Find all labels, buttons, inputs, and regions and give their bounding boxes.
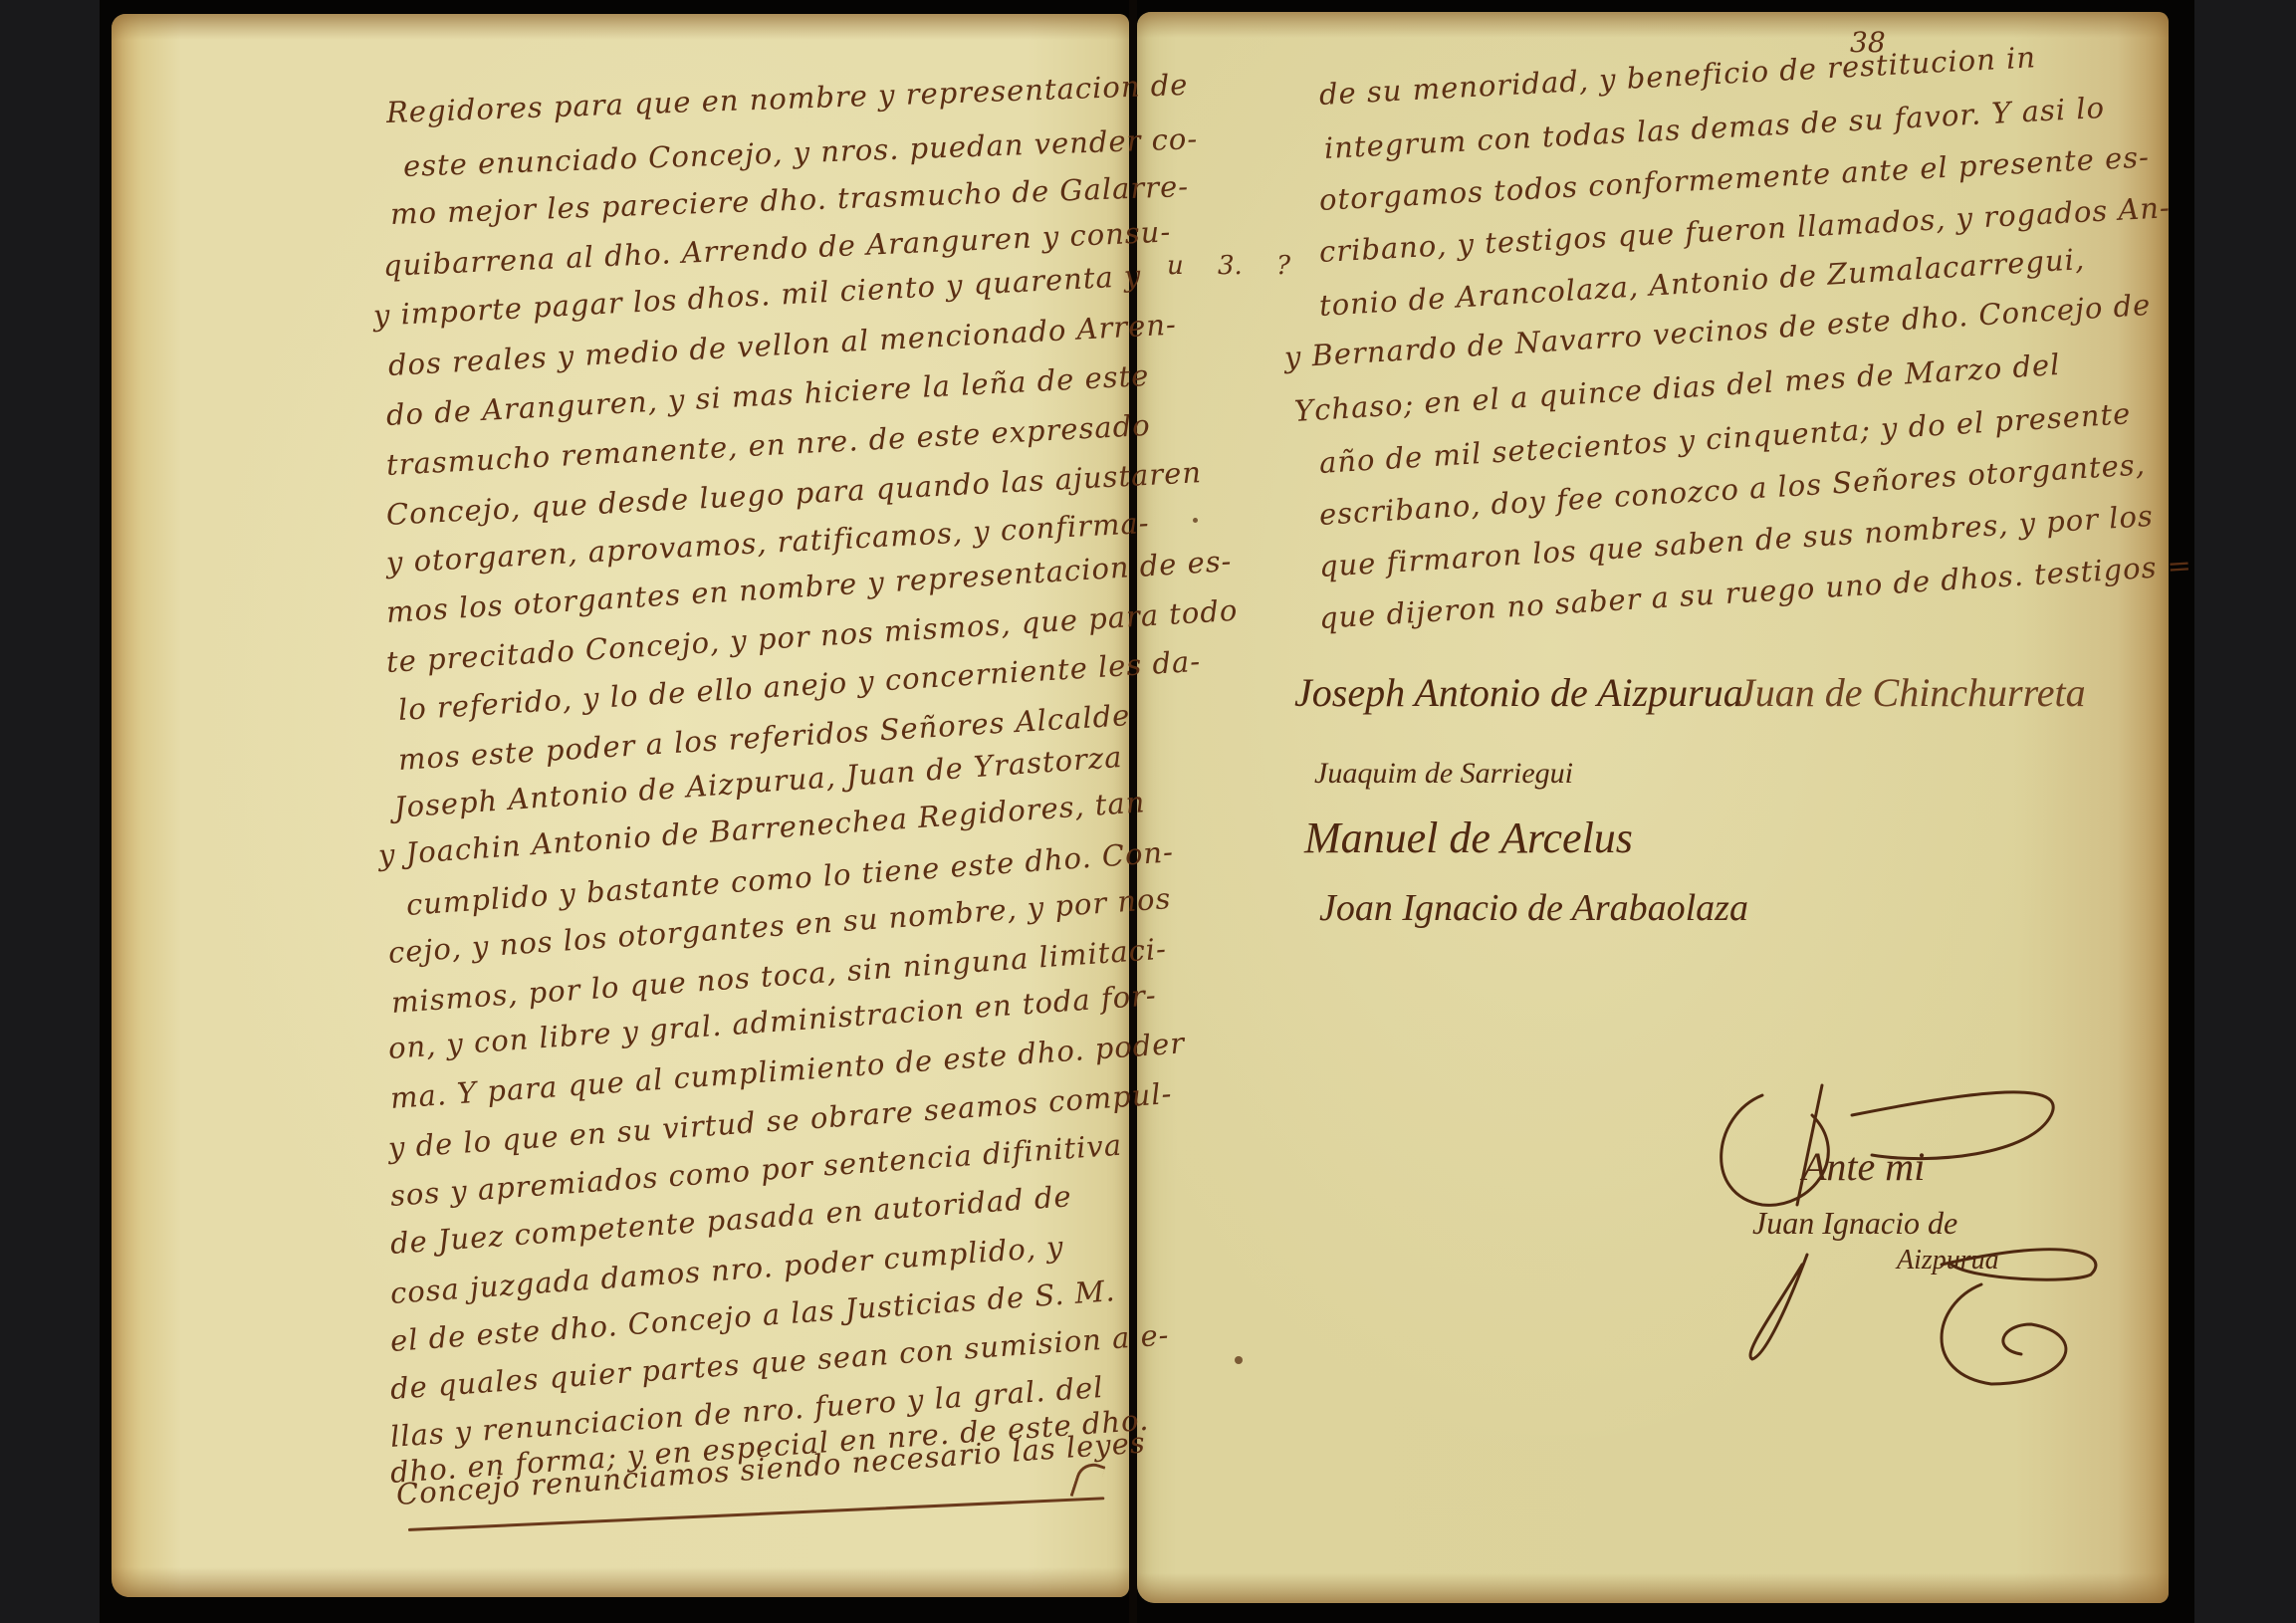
notary-attestation: Ante mi bbox=[1802, 1143, 1925, 1190]
signature: Joan Ignacio de Arabaolaza bbox=[1319, 886, 1748, 930]
ink-spot bbox=[1193, 518, 1198, 523]
page-edge-top bbox=[112, 14, 1129, 40]
signature: Manuel de Arcelus bbox=[1304, 812, 1633, 863]
ink-spot bbox=[1235, 1356, 1243, 1364]
notary-signature-first: Juan Ignacio de bbox=[1752, 1205, 1957, 1242]
page-edge-bottom bbox=[112, 1567, 1129, 1597]
page-edge-bottom bbox=[1137, 1573, 2169, 1603]
page-edge-top bbox=[1137, 12, 2169, 38]
signature: Juaquim de Sarriegui bbox=[1314, 757, 1573, 791]
signature: Juan de Chinchurreta bbox=[1737, 669, 2086, 716]
signature: Joseph Antonio de Aizpurua bbox=[1294, 669, 1743, 716]
margin-note: u 3. ? bbox=[1167, 251, 1290, 281]
notary-signature-last: Aizpurua bbox=[1897, 1245, 1999, 1276]
